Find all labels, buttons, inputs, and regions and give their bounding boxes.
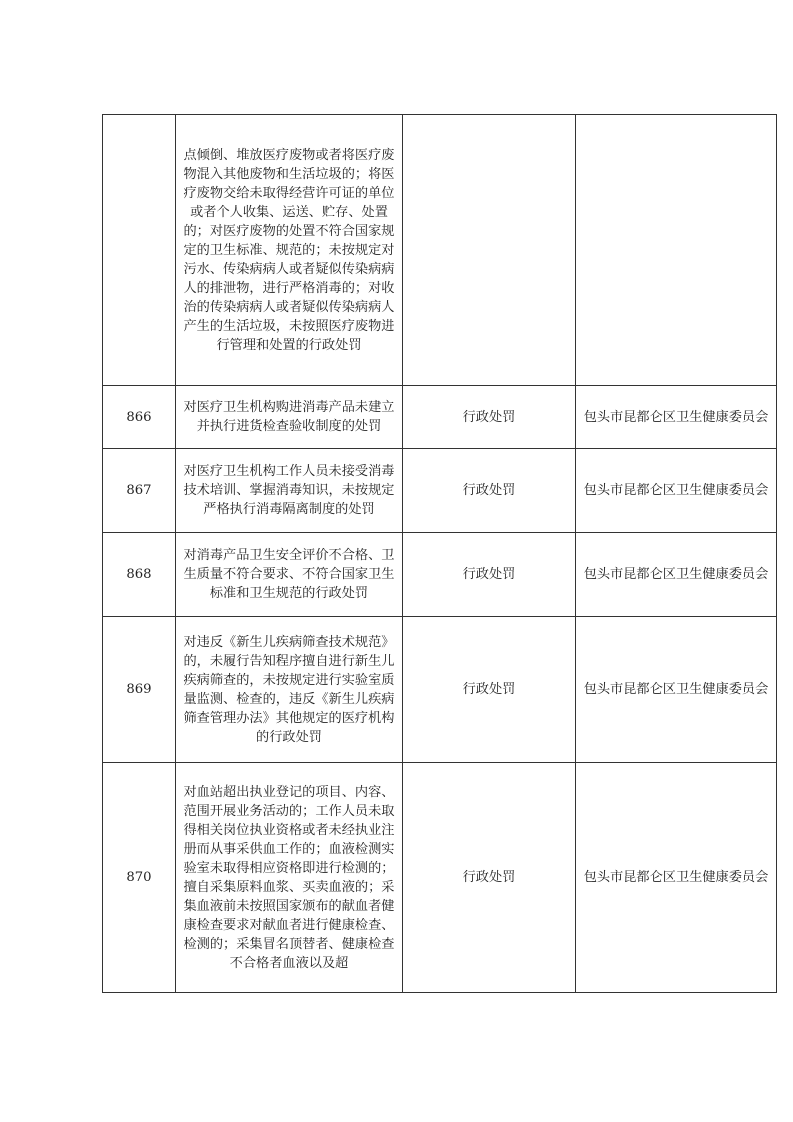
item-authority: 包头市昆都仑区卫生健康委员会: [576, 533, 777, 617]
item-authority: 包头市昆都仑区卫生健康委员会: [576, 763, 777, 993]
row-index: 866: [103, 386, 176, 449]
item-name: 对血站超出执业登记的项目、内容、范围开展业务活动的；工作人员未取得相关岗位执业资…: [176, 763, 403, 993]
item-authority: [576, 115, 777, 386]
table-row: 870 对血站超出执业登记的项目、内容、范围开展业务活动的；工作人员未取得相关岗…: [103, 763, 777, 993]
item-name: 对消毒产品卫生安全评价不合格、卫生质量不符合要求、不符合国家卫生标准和卫生规范的…: [176, 533, 403, 617]
item-name: 点倾倒、堆放医疗废物或者将医疗废物混入其他废物和生活垃圾的；将医疗废物交给未取得…: [176, 115, 403, 386]
item-authority: 包头市昆都仑区卫生健康委员会: [576, 386, 777, 449]
row-index: 869: [103, 617, 176, 763]
item-type: 行政处罚: [403, 386, 576, 449]
table-row: 866 对医疗卫生机构购进消毒产品未建立并执行进货检查验收制度的处罚 行政处罚 …: [103, 386, 777, 449]
table-row: 868 对消毒产品卫生安全评价不合格、卫生质量不符合要求、不符合国家卫生标准和卫…: [103, 533, 777, 617]
row-index: 867: [103, 449, 176, 533]
item-name: 对医疗卫生机构购进消毒产品未建立并执行进货检查验收制度的处罚: [176, 386, 403, 449]
item-type: [403, 115, 576, 386]
penalty-items-table: 点倾倒、堆放医疗废物或者将医疗废物混入其他废物和生活垃圾的；将医疗废物交给未取得…: [102, 114, 777, 993]
item-name: 对医疗卫生机构工作人员未接受消毒技术培训、掌握消毒知识，未按规定严格执行消毒隔离…: [176, 449, 403, 533]
row-index: 868: [103, 533, 176, 617]
item-authority: 包头市昆都仑区卫生健康委员会: [576, 617, 777, 763]
document-page: 点倾倒、堆放医疗废物或者将医疗废物混入其他废物和生活垃圾的；将医疗废物交给未取得…: [0, 0, 793, 1122]
row-index: 870: [103, 763, 176, 993]
item-type: 行政处罚: [403, 449, 576, 533]
row-index: [103, 115, 176, 386]
table-row: 867 对医疗卫生机构工作人员未接受消毒技术培训、掌握消毒知识，未按规定严格执行…: [103, 449, 777, 533]
table-row: 点倾倒、堆放医疗废物或者将医疗废物混入其他废物和生活垃圾的；将医疗废物交给未取得…: [103, 115, 777, 386]
item-type: 行政处罚: [403, 533, 576, 617]
item-type: 行政处罚: [403, 617, 576, 763]
item-type: 行政处罚: [403, 763, 576, 993]
item-name: 对违反《新生儿疾病筛查技术规范》的，未履行告知程序擅自进行新生儿疾病筛查的，未按…: [176, 617, 403, 763]
item-authority: 包头市昆都仑区卫生健康委员会: [576, 449, 777, 533]
table-row: 869 对违反《新生儿疾病筛查技术规范》的，未履行告知程序擅自进行新生儿疾病筛查…: [103, 617, 777, 763]
